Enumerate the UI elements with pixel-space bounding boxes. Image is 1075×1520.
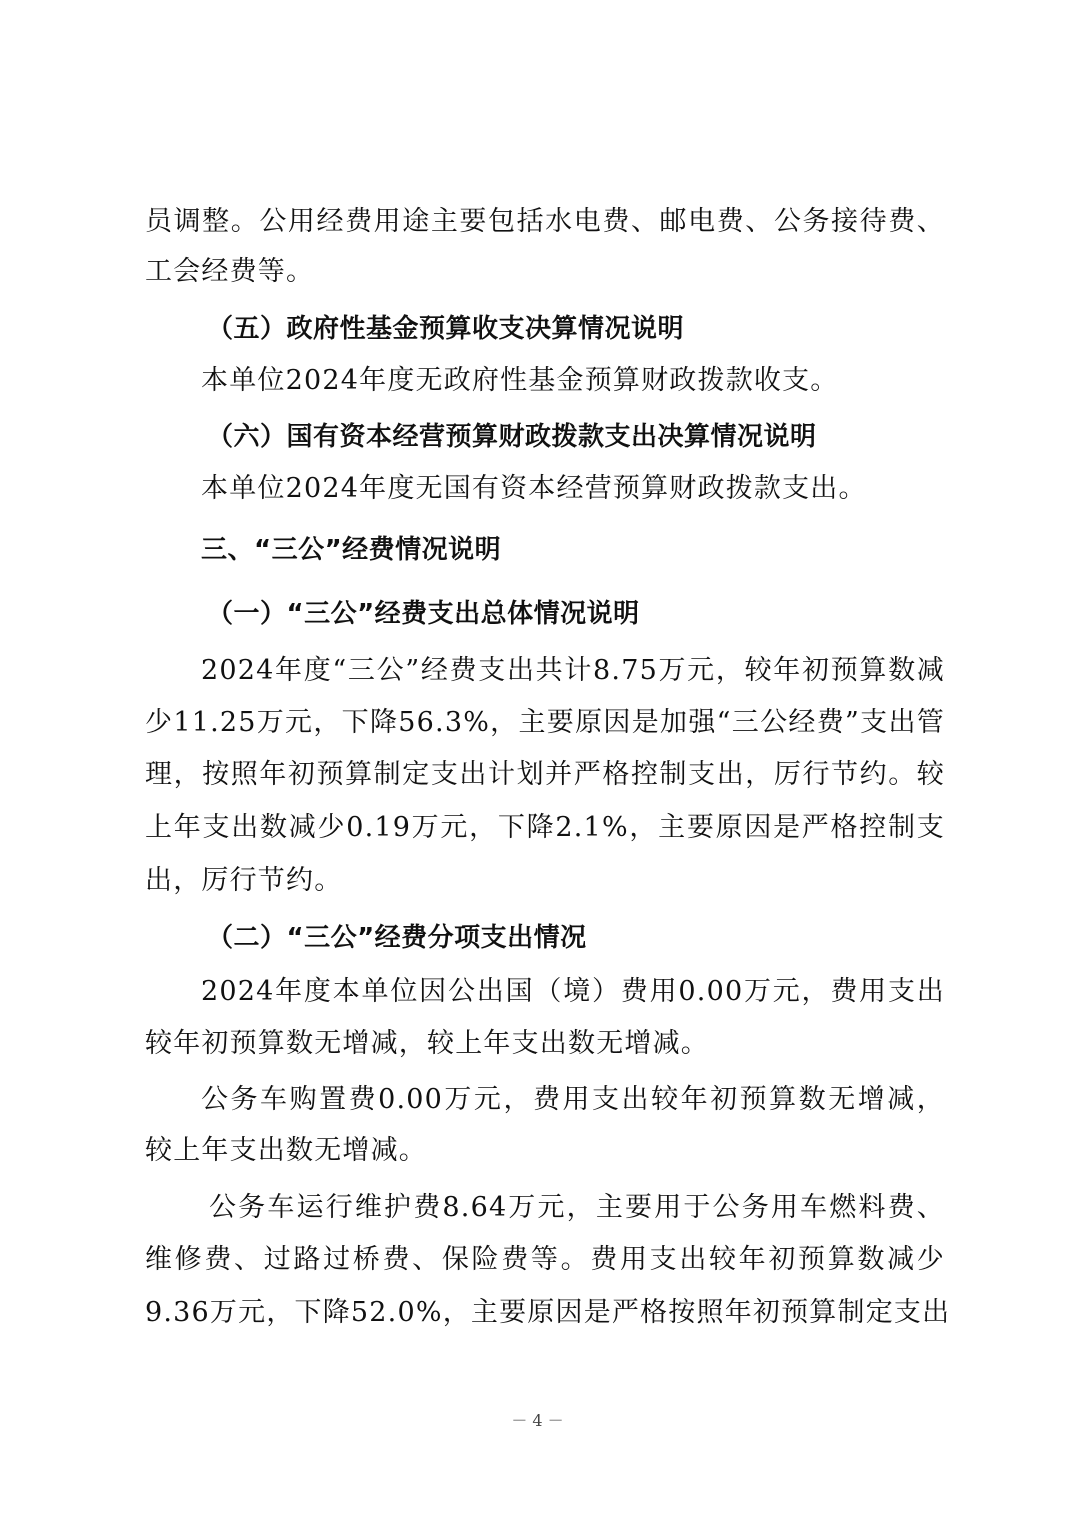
- paragraph-line: 9.36万元，下降52.0%，主要原因是严格按照年初预算制定支出: [145, 1293, 945, 1333]
- paragraph-line: 上年支出数减少0.19万元，下降2.1%，主要原因是严格控制支: [145, 808, 945, 848]
- paragraph-line: 维修费、过路过桥费、保险费等。费用支出较年初预算数减少: [145, 1240, 945, 1280]
- subsection-heading-1: （一）“三公”经费支出总体情况说明: [207, 594, 945, 634]
- paragraph-line: 2024年度“三公”经费支出共计8.75万元，较年初预算数减: [201, 651, 945, 691]
- subsection-heading-2: （二）“三公”经费分项支出情况: [207, 918, 945, 958]
- document-page: 员调整。公用经费用途主要包括水电费、邮电费、公务接待费、 工会经费等。 （五）政…: [0, 0, 1075, 1520]
- paragraph-line: 公务车购置费0.00万元，费用支出较年初预算数无增减，: [201, 1080, 945, 1120]
- section-heading-5: （五）政府性基金预算收支决算情况说明: [207, 309, 945, 349]
- paragraph-line: 2024年度本单位因公出国（境）费用0.00万元，费用支出: [201, 972, 945, 1012]
- paragraph-line: 公务车运行维护费8.64万元，主要用于公务用车燃料费、: [209, 1188, 945, 1228]
- paragraph-line: 少11.25万元，下降56.3%，主要原因是加强“三公经费”支出管: [145, 703, 945, 743]
- paragraph-line: 员调整。公用经费用途主要包括水电费、邮电费、公务接待费、: [145, 202, 945, 242]
- page-number: － 4 －: [0, 1408, 1075, 1431]
- paragraph-line: 较年初预算数无增减，较上年支出数无增减。: [145, 1024, 945, 1064]
- paragraph-line: 工会经费等。: [145, 252, 945, 292]
- part-heading-3: 三、“三公”经费情况说明: [201, 530, 945, 570]
- section-heading-6: （六）国有资本经营预算财政拨款支出决算情况说明: [207, 417, 945, 457]
- section-body-5: 本单位2024年度无政府性基金预算财政拨款收支。: [201, 361, 945, 401]
- paragraph-line: 出，厉行节约。: [145, 861, 945, 901]
- section-body-6: 本单位2024年度无国有资本经营预算财政拨款支出。: [201, 469, 945, 509]
- paragraph-line: 较上年支出数无增减。: [145, 1131, 945, 1171]
- paragraph-line: 理，按照年初预算制定支出计划并严格控制支出，厉行节约。较: [145, 755, 945, 795]
